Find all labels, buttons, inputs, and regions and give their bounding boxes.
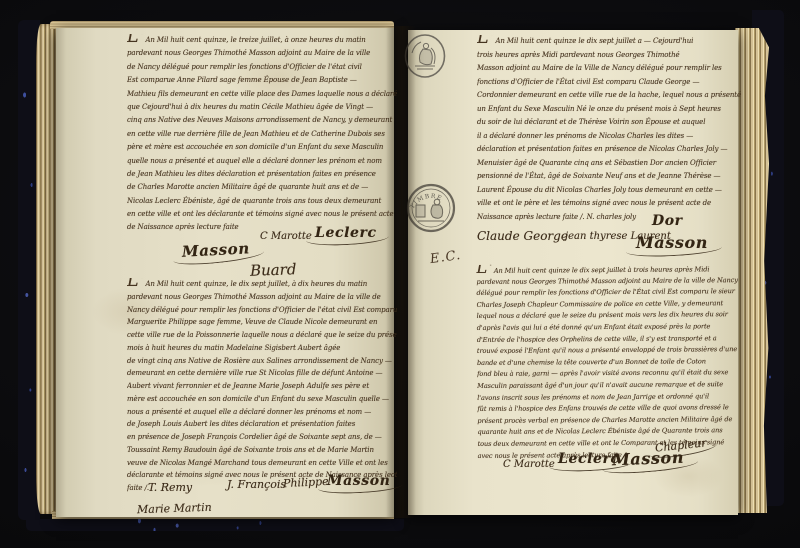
manuscript-line: veuve de Nicolas Mangé Marchand tous dem…: [127, 457, 397, 470]
manuscript-line: Mathieu fils demeurant en cette ville pl…: [127, 88, 397, 101]
manuscript-line: déclaration et présentation faites en pr…: [477, 143, 743, 157]
manuscript-line: mère est accouchée en son domicile d'un …: [127, 393, 397, 406]
manuscript-line: de Jean Mathieu les dites déclaration et…: [127, 168, 397, 181]
manuscript-line: Laurent Épouse du dit Nicolas Charles Jo…: [477, 184, 743, 198]
manuscript-line: de Charles Marotte ancien Militaire âgé …: [127, 181, 397, 194]
manuscript-line: fonctions d'Officier de l'État civil Est…: [477, 76, 743, 90]
birth-act: L'An Mil huit cent quinze, le treize jui…: [127, 34, 397, 235]
signature-flourish: [602, 460, 699, 476]
manuscript-line: Toussaint Remy Baudouin âgé de Soixante …: [127, 444, 397, 457]
birth-act: L'An Mil huit cent quinze, le dix sept j…: [127, 278, 397, 495]
manuscript-line: Marguerite Philippe sage femme, Veuve de…: [127, 316, 397, 329]
signature: Marie Martin: [137, 501, 212, 517]
manuscript-line: Naissance après lecture faite /. N. char…: [477, 211, 743, 225]
signature: T. Remy: [148, 481, 192, 494]
signature-flourish: [626, 245, 723, 258]
manuscript-line: pardevant nous Georges Thimothé Masson a…: [127, 47, 397, 60]
manuscript-line: il a déclaré donner les prénoms de Nicol…: [477, 130, 743, 144]
manuscript-line: L'An Mil huit cent quinze, le dix sept j…: [127, 278, 397, 291]
manuscript-line: que Cejourd'hui à dix heures du matin Cé…: [127, 101, 397, 114]
manuscript-line: Nicolas Leclerc Ébéniste, âgé de quarant…: [127, 195, 397, 208]
manuscript-line: Aubert vivant ferronnier et de Jeanne Ma…: [127, 380, 397, 393]
manuscript-line: mois à huit heures du matin Madelaine Si…: [127, 342, 397, 355]
book-cover-bottom: [26, 519, 404, 531]
signature: Masson: [612, 448, 685, 470]
birth-act: L'An Mil huit cent quinze le dix sept ju…: [477, 35, 743, 224]
manuscript-line: trois heures après Midi pardevant nous G…: [477, 49, 743, 63]
manuscript-line: demeurant en cette dernière ville rue St…: [127, 367, 397, 380]
signature: Masson: [327, 473, 390, 489]
signature: Leclerc: [558, 451, 620, 467]
signature: Leclerc: [315, 225, 377, 241]
manuscript-line: Est comparue Anne Pilard sage femme Épou…: [127, 74, 397, 87]
manuscript-line: ville et ont le père et les témoins sign…: [477, 197, 743, 211]
birth-act: L'An Mil huit cent quinze le dix sept ju…: [476, 263, 745, 462]
manuscript-line: Cordonnier demeurant en cette ville rue …: [477, 89, 743, 103]
manuscript-line: en cette ville rue derrière fille de Jea…: [127, 128, 397, 141]
signature-flourish: [306, 235, 389, 247]
manuscript-line: cette ville rue de la Poissonnerie laque…: [127, 329, 397, 342]
manuscript-line: quelle nous a présenté et auquel elle a …: [127, 155, 397, 168]
right-page: TIMBRE E.C. L'An Mil huit cent quinze le…: [408, 30, 738, 515]
signature: Dor: [652, 213, 683, 229]
manuscript-line: nous a présenté et auquel elle a déclaré…: [127, 406, 397, 419]
manuscript-line: en présence de Joseph François Cordelier…: [127, 431, 397, 444]
manuscript-line: L'An Mil huit cent quinze le dix sept ju…: [477, 35, 743, 49]
manuscript-line: pardevant nous Georges Thimothé Masson a…: [127, 291, 397, 304]
manuscript-line: de vingt cinq ans Native de Rosière aux …: [127, 355, 397, 368]
page-edges-left: [36, 24, 58, 514]
timbre-seal-icon: TIMBRE: [405, 182, 457, 238]
manuscript-line: L'An Mil huit cent quinze, le treize jui…: [127, 34, 397, 47]
manuscript-line: du soir de lui déclarant et de Thérèse V…: [477, 116, 743, 130]
signature: Buard: [250, 260, 297, 280]
left-page: L'An Mil huit cent quinze, le treize jui…: [56, 28, 394, 517]
seated-figure-seal-icon: [403, 33, 447, 83]
manuscript-line: Nancy délégué pour remplir les fonctions…: [127, 304, 397, 317]
manuscript-line: pensionné de l'État, âgé de Soixante Neu…: [477, 170, 743, 184]
manuscript-line: de Nancy délégué pour remplir les foncti…: [127, 61, 397, 74]
signature: C Marotte: [503, 459, 555, 470]
manuscript-line: de Joseph Louis Aubert les dites déclara…: [127, 418, 397, 431]
signature: J. François: [227, 478, 286, 491]
photo-background: L'An Mil huit cent quinze, le treize jui…: [0, 0, 800, 548]
manuscript-line: Masson adjoint au Maire de la Ville de N…: [477, 62, 743, 76]
manuscript-line: Menuisier âgé de Quarante cinq ans et Sé…: [477, 157, 743, 171]
margin-note: E.C.: [429, 248, 462, 267]
manuscript-line: père et mère est accouchée en son domici…: [127, 141, 397, 154]
manuscript-line: cinq ans Native des Neuves Maisons arron…: [127, 114, 397, 127]
signature: C Marotte: [260, 231, 312, 242]
signature: Claude George: [477, 229, 568, 243]
manuscript-line: un Enfant du Sexe Masculin Né le onze du…: [477, 103, 743, 117]
manuscript-line: en cette ville et ont les déclarante et …: [127, 208, 397, 221]
signature: Masson: [182, 239, 251, 261]
signature: Masson: [636, 233, 708, 252]
